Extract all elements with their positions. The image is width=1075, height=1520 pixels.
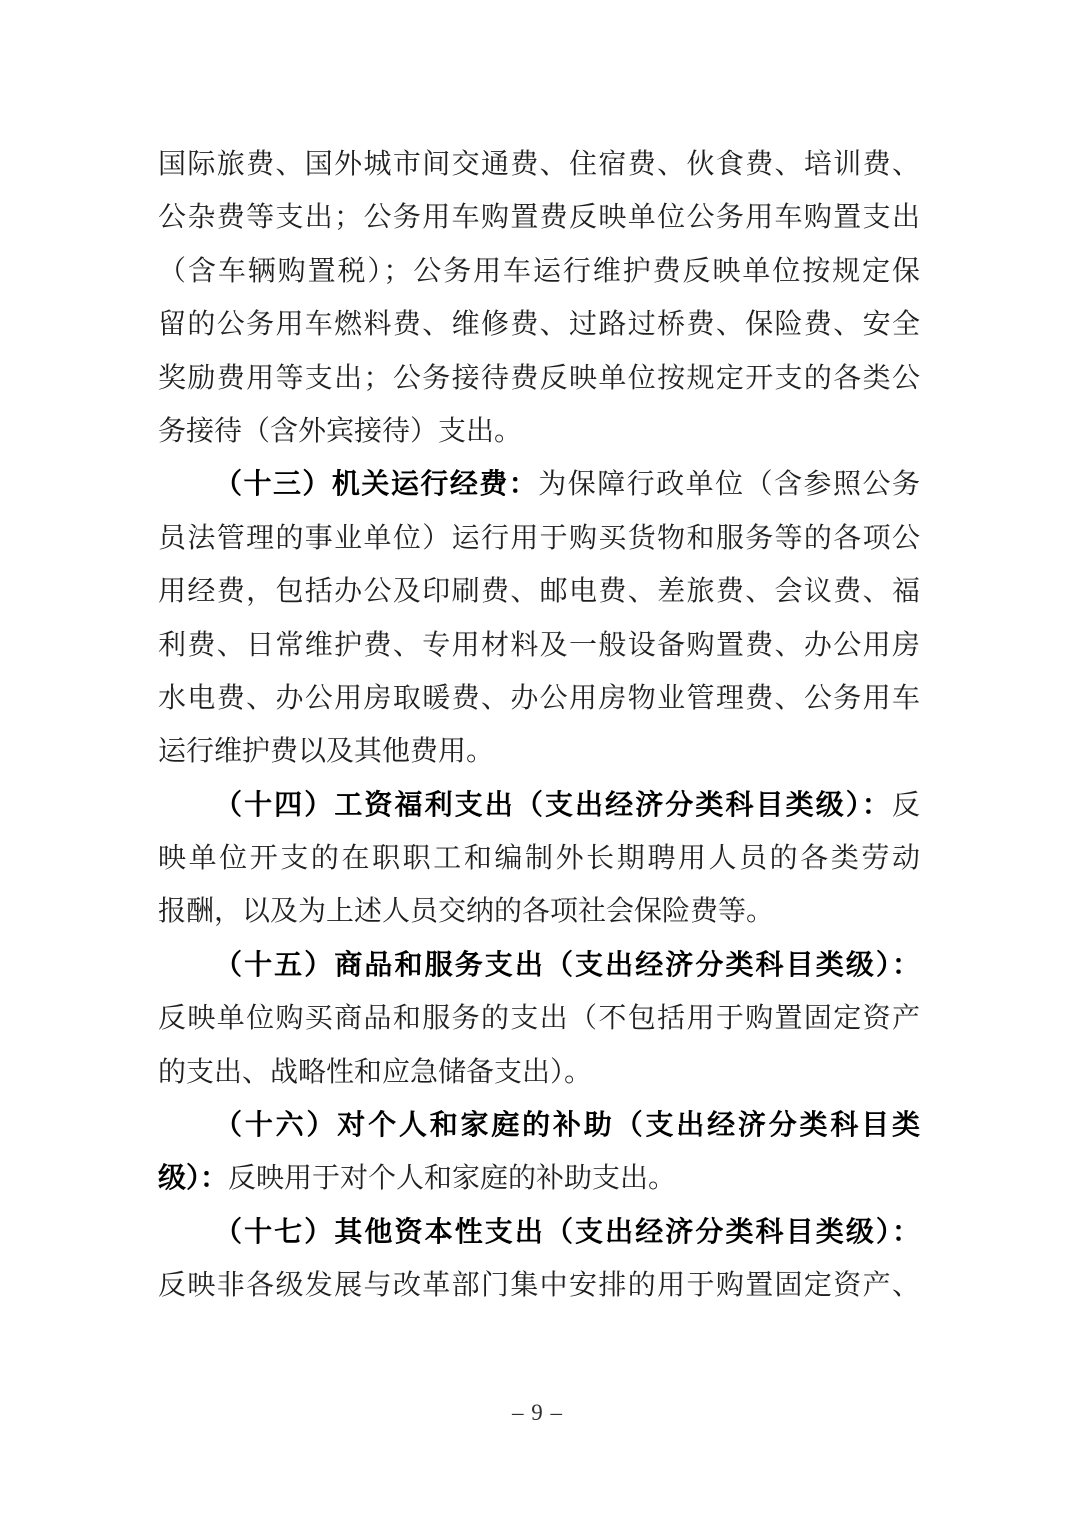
paragraph-body-text: 用经费，包括办公及印刷费、邮电费、差旅费、会议费、福 [158, 576, 920, 607]
paragraph-body-text: （含车辆购置税）；公务用车运行维护费反映单位按规定保 [158, 256, 920, 287]
text-line: 国际旅费、国外城市间交通费、住宿费、伙食费、培训费、 [158, 138, 920, 191]
text-line: 反映非各级发展与改革部门集中安排的用于购置固定资产、 [158, 1259, 920, 1312]
text-line: 映单位开支的在职职工和编制外长期聘用人员的各类劳动 [158, 832, 920, 885]
text-line: （十五）商品和服务支出（支出经济分类科目类级）： [158, 939, 920, 992]
document-page: 国际旅费、国外城市间交通费、住宿费、伙食费、培训费、公杂费等支出；公务用车购置费… [0, 0, 1075, 1520]
paragraph-body-text: 反映单位购买商品和服务的支出（不包括用于购置固定资产 [158, 1003, 920, 1034]
paragraph-body-text: 留的公务用车燃料费、维修费、过路过桥费、保险费、安全 [158, 309, 920, 340]
paragraph-body-text: 反映非各级发展与改革部门集中安排的用于购置固定资产、 [158, 1270, 920, 1301]
paragraph-heading-text: （十七）其他资本性支出（支出经济分类科目类级）： [214, 1217, 920, 1248]
text-line: 公杂费等支出；公务用车购置费反映单位公务用车购置支出 [158, 191, 920, 244]
text-line: 留的公务用车燃料费、维修费、过路过桥费、保险费、安全 [158, 298, 920, 351]
text-line: 奖励费用等支出；公务接待费反映单位按规定开支的各类公 [158, 352, 920, 405]
paragraph-body-text: 奖励费用等支出；公务接待费反映单位按规定开支的各类公 [158, 363, 920, 394]
text-line: （十七）其他资本性支出（支出经济分类科目类级）： [158, 1206, 920, 1259]
paragraph-body-text: 为保障行政单位（含参照公务 [538, 469, 920, 500]
paragraph-body-text: 的支出、战略性和应急储备支出）。 [158, 1057, 592, 1088]
paragraph-heading-text: （十四）工资福利支出（支出经济分类科目类级）： [214, 790, 892, 821]
text-line: 水电费、办公用房取暖费、办公用房物业管理费、公务用车 [158, 672, 920, 725]
text-line: （含车辆购置税）；公务用车运行维护费反映单位按规定保 [158, 245, 920, 298]
text-line: 级）：反映用于对个人和家庭的补助支出。 [158, 1152, 920, 1205]
paragraph-heading-text: （十六）对个人和家庭的补助（支出经济分类科目类 [214, 1110, 920, 1141]
paragraph-heading-text: 级）： [158, 1163, 228, 1194]
paragraph-body-text: 员法管理的事业单位）运行用于购买货物和服务等的各项公 [158, 523, 920, 554]
paragraph-body-text: 反映用于对个人和家庭的补助支出。 [228, 1163, 676, 1194]
text-line: 反映单位购买商品和服务的支出（不包括用于购置固定资产 [158, 992, 920, 1045]
paragraph-body-text: 映单位开支的在职职工和编制外长期聘用人员的各类劳动 [158, 843, 920, 874]
paragraph-body-text: 利费、日常维护费、专用材料及一般设备购置费、办公用房 [158, 630, 920, 661]
paragraph-body-text: 公杂费等支出；公务用车购置费反映单位公务用车购置支出 [158, 202, 920, 233]
text-line: 务接待（含外宾接待）支出。 [158, 405, 920, 458]
paragraph-body-text: 国际旅费、国外城市间交通费、住宿费、伙食费、培训费、 [158, 149, 920, 180]
paragraph-body-text: 反 [892, 790, 920, 821]
text-line: 报酬，以及为上述人员交纳的各项社会保险费等。 [158, 885, 920, 938]
text-line: 运行维护费以及其他费用。 [158, 725, 920, 778]
document-body: 国际旅费、国外城市间交通费、住宿费、伙食费、培训费、公杂费等支出；公务用车购置费… [158, 138, 920, 1313]
text-line: 用经费，包括办公及印刷费、邮电费、差旅费、会议费、福 [158, 565, 920, 618]
text-line: 的支出、战略性和应急储备支出）。 [158, 1046, 920, 1099]
paragraph-body-text: 运行维护费以及其他费用。 [158, 736, 494, 767]
text-line: 员法管理的事业单位）运行用于购买货物和服务等的各项公 [158, 512, 920, 565]
text-line: （十六）对个人和家庭的补助（支出经济分类科目类 [158, 1099, 920, 1152]
text-line: 利费、日常维护费、专用材料及一般设备购置费、办公用房 [158, 619, 920, 672]
paragraph-body-text: 务接待（含外宾接待）支出。 [158, 416, 522, 447]
paragraph-heading-text: （十三）机关运行经费： [214, 469, 538, 500]
text-line: （十三）机关运行经费：为保障行政单位（含参照公务 [158, 458, 920, 511]
text-line: （十四）工资福利支出（支出经济分类科目类级）：反 [158, 779, 920, 832]
paragraph-body-text: 报酬，以及为上述人员交纳的各项社会保险费等。 [158, 896, 774, 927]
page-number: – 9 – [0, 1400, 1075, 1426]
paragraph-body-text: 水电费、办公用房取暖费、办公用房物业管理费、公务用车 [158, 683, 920, 714]
paragraph-heading-text: （十五）商品和服务支出（支出经济分类科目类级）： [214, 950, 920, 981]
